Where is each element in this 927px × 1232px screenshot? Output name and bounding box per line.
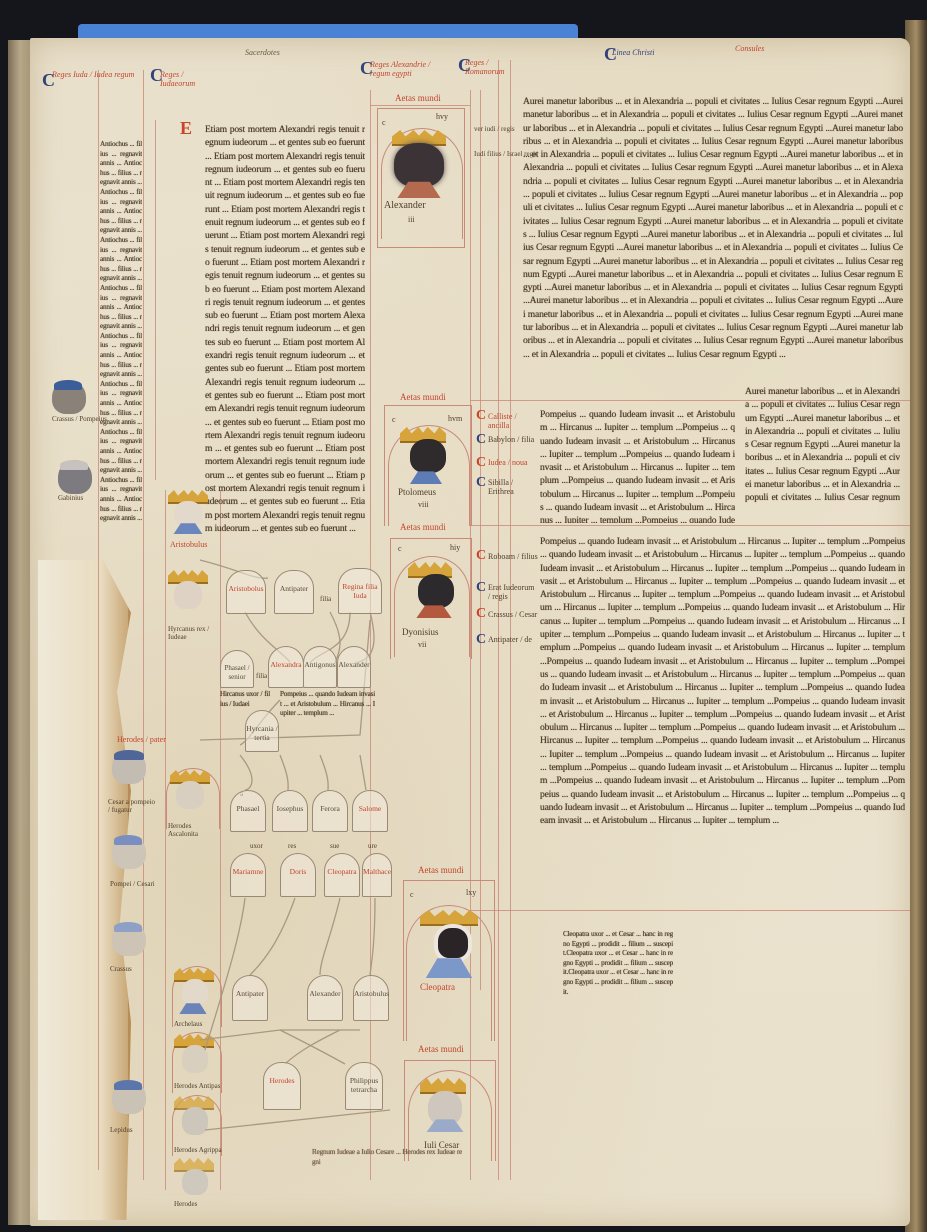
genealogy-node: Antigonus [303,646,337,688]
row-caption: sue [330,842,339,850]
genealogy-node: Antipater [232,975,268,1021]
genealogy-node: Phasael / senior [220,650,254,688]
genealogy-node: Ferora [312,790,348,832]
genealogy-node: Antipater [274,570,314,614]
genealogy-node: Alexander [337,646,371,688]
genealogy-node: Salome [352,790,388,832]
genealogy-node: Alexander [307,975,343,1021]
genealogy-node: Aristobolus [226,570,266,614]
genealogy-node: Philippus tetrarcha [345,1062,383,1110]
genealogy-node: Doris [280,853,316,897]
genealogy-node: Regina filia Iuda [338,568,382,614]
genealogy-node: Aristobulus [353,975,389,1021]
connector-label: filia [256,672,267,680]
genealogy-node: Iosephus [272,790,308,832]
genealogy-note-right: Pompeius ... quando Iudeam invasit ... e… [280,690,375,740]
genealogy-node: Hyrcania / tertia [245,710,279,752]
genealogy-node: Alexandra [268,646,304,688]
row-caption: res [288,842,296,850]
connector-label: filia [320,595,331,603]
genealogy-node: Mariamne [230,853,266,897]
genealogy-node: Cleopatra [324,853,360,897]
genealogy-node: Herodes [263,1062,301,1110]
genealogy-footnote: Regnum Iudeae a Iulio Cesare ... Herodes… [312,1148,462,1188]
row-caption: uxor [250,842,263,850]
genealogy-connector-lines [0,0,927,1232]
genealogy-node: Malthace [362,853,392,897]
row-caption: ure [368,842,377,850]
genealogy-node: Phasael [230,790,266,832]
